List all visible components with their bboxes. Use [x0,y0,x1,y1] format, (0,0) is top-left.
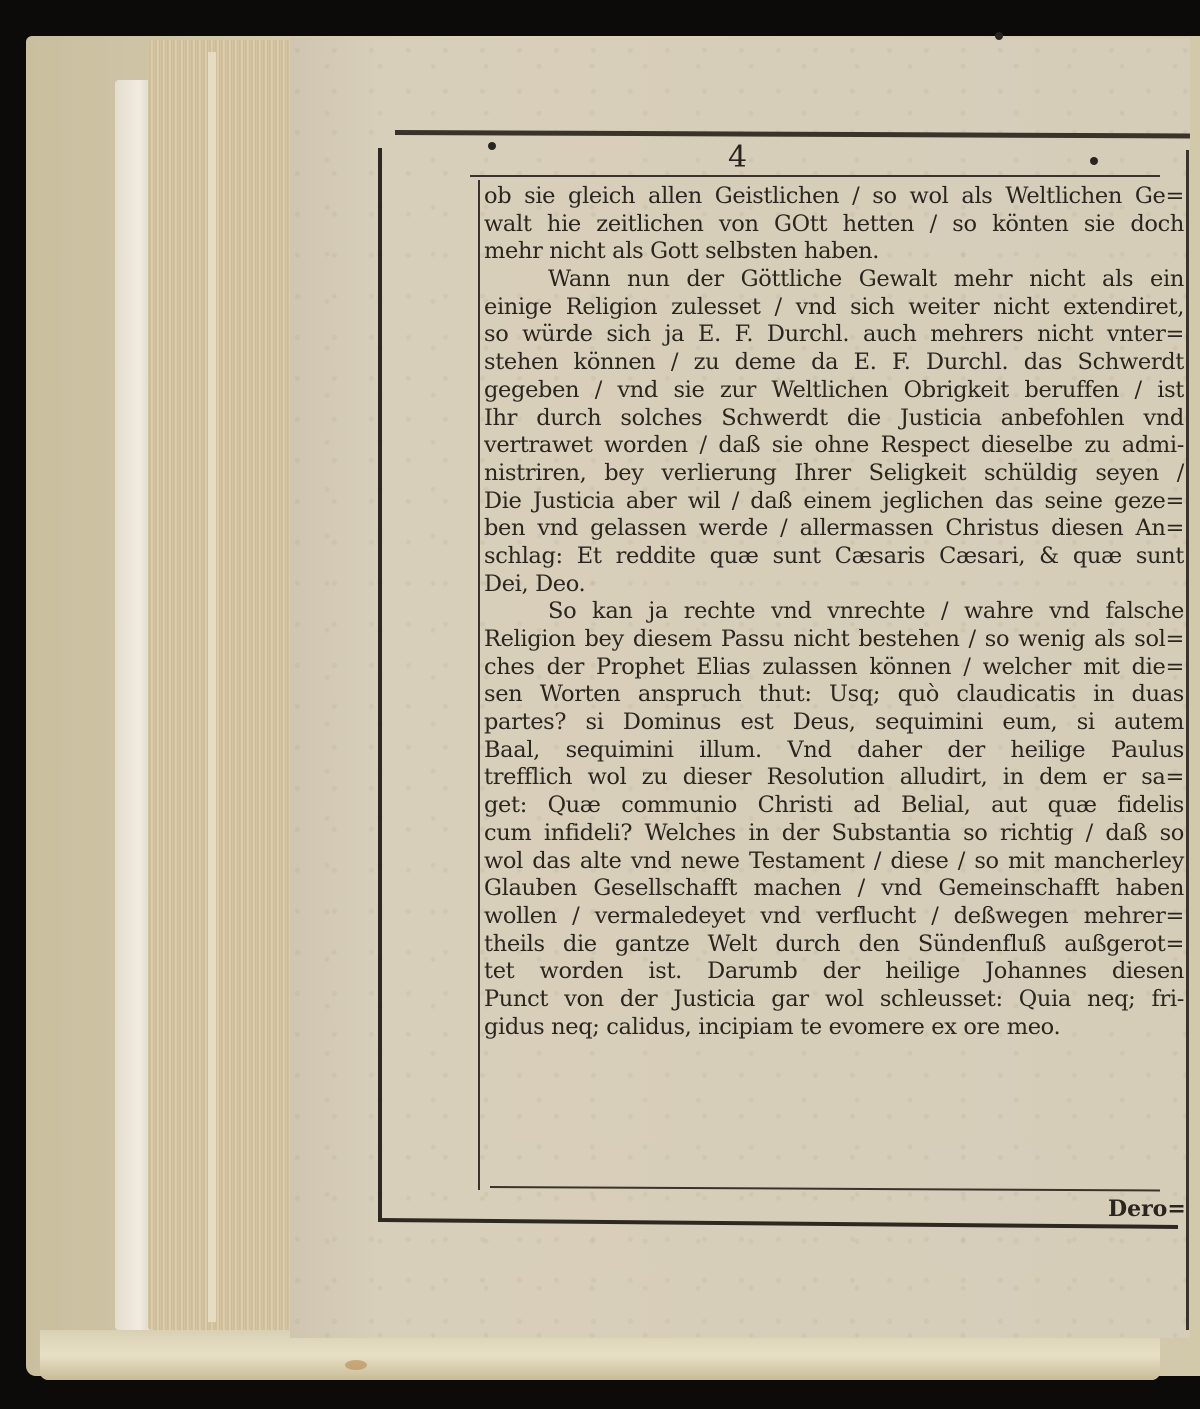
text-line: walt hie zeitlichen von GOtt hetten / so… [484,211,1184,239]
headline-rule [470,175,1160,177]
text-line: Die Justicia aber wil / daß einem jeglic… [484,488,1184,516]
text-line: Baal, sequimini illum. Vnd daher der hei… [484,737,1184,765]
ornament-dot [488,142,496,150]
text-line: stehen können / zu deme da E. F. Durchl.… [484,349,1184,377]
text-line: cum infideli? Welches in der Substantia … [484,820,1184,848]
text-line: nistriren, bey verlierung Ihrer Seligkei… [484,460,1184,488]
text-line: ben vnd gelassen werde / allermassen Chr… [484,515,1184,543]
page-edges-gap [208,52,216,1322]
page-edges [148,40,298,1330]
text-line: So kan ja rechte vnd vnrechte / wahre vn… [484,598,1184,626]
text-line: Glauben Gesellschafft machen / vnd Gemei… [484,875,1184,903]
binding-dot [995,32,1003,40]
text-line: gidus neq; calidus, incipiam te evomere … [484,1014,1184,1042]
text-line: trefflich wol zu dieser Resolution allud… [484,764,1184,792]
body-text: ob sie gleich allen Geistlichen / so wol… [484,183,1184,1041]
text-line: get: Quæ communio Christi ad Belial, aut… [484,792,1184,820]
text-line: theils die gantze Welt durch den Sündenf… [484,931,1184,959]
text-line: Religion bey diesem Passu nicht bestehen… [484,626,1184,654]
frame-rule-left [378,148,382,1218]
text-line: so würde sich ja E. F. Durchl. auch mehr… [484,321,1184,349]
text-line: Punct von der Justicia gar wol schleusse… [484,986,1184,1014]
text-block-rule-left [478,180,480,1190]
text-line: wol das alte vnd newe Testament / diese … [484,848,1184,876]
text-line: Wann nun der Göttliche Gewalt mehr nicht… [484,266,1184,294]
text-line: sen Worten anspruch thut: Usq; quò claud… [484,681,1184,709]
frame-rule-right [1186,150,1189,1330]
text-line: gegeben / vnd sie zur Weltlichen Obrigke… [484,377,1184,405]
catchword: Dero= [1108,1196,1186,1222]
text-line: partes? si Dominus est Deus, sequimini e… [484,709,1184,737]
text-line: einige Religion zulesset / vnd sich weit… [484,294,1184,322]
cover-stain [345,1360,367,1370]
text-line: Ihr durch solches Schwerdt die Justicia … [484,405,1184,433]
text-line: wollen / vermaledeyet vnd verflucht / de… [484,903,1184,931]
page-number: 4 [728,140,747,175]
text-line: tet worden ist. Darumb der heilige Johan… [484,958,1184,986]
text-line: schlag: Et reddite quæ sunt Cæsaris Cæsa… [484,543,1184,571]
text-line: ches der Prophet Elias zulassen können /… [484,654,1184,682]
text-line: Dei, Deo. [484,571,1184,599]
text-line: ob sie gleich allen Geistlichen / so wol… [484,183,1184,211]
ornament-dot [1090,157,1098,165]
text-line: vertrawet worden / daß sie ohne Respect … [484,432,1184,460]
text-line: mehr nicht als Gott selbsten haben. [484,238,1184,266]
